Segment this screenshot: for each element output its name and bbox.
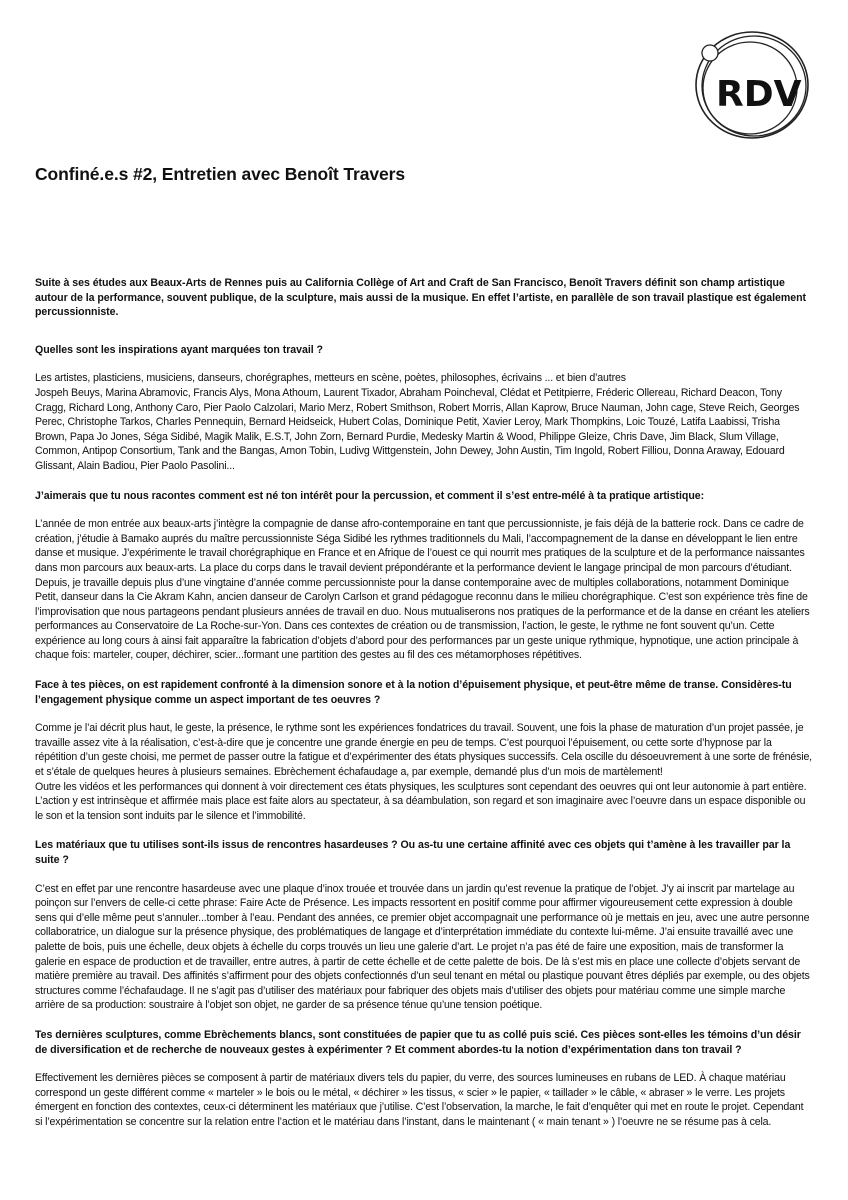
interview-section-3: Face à tes pièces, on est rapidement con… <box>35 678 813 823</box>
question-1: Quelles sont les inspirations ayant marq… <box>35 343 813 358</box>
interview-section-5: Tes dernières sculptures, comme Ebrèchem… <box>35 1028 813 1130</box>
question-2: J’aimerais que tu nous racontes comment … <box>35 489 813 504</box>
article-body: Suite à ses études aux Beaux-Arts de Ren… <box>35 276 813 1130</box>
interview-section-2: J’aimerais que tu nous racontes comment … <box>35 489 813 664</box>
answer-1-paragraph-1: Les artistes, plasticiens, musiciens, da… <box>35 371 813 386</box>
rdv-logo: RDV <box>690 28 820 140</box>
question-4: Les matériaux que tu utilises sont-ils i… <box>35 838 813 867</box>
answer-2-paragraph-1: L’année de mon entrée aux beaux-arts j’i… <box>35 517 813 575</box>
answer-3-paragraph-1: Comme je l’ai décrit plus haut, le geste… <box>35 721 813 779</box>
answer-3-paragraph-2: Outre les vidéos et les performances qui… <box>35 780 813 824</box>
interview-section-1: Quelles sont les inspirations ayant marq… <box>35 343 813 474</box>
answer-1-paragraph-2: Jospeh Beuys, Marina Abramovic, Francis … <box>35 386 813 474</box>
answer-4: C’est en effet par une rencontre hasarde… <box>35 882 813 1013</box>
rdv-logo-icon: RDV <box>690 28 820 140</box>
question-3: Face à tes pièces, on est rapidement con… <box>35 678 813 707</box>
svg-text:RDV: RDV <box>716 74 802 115</box>
answer-3: Comme je l’ai décrit plus haut, le geste… <box>35 721 813 823</box>
answer-5-paragraph-1: Effectivement les dernières pièces se co… <box>35 1071 813 1129</box>
answer-2: L’année de mon entrée aux beaux-arts j’i… <box>35 517 813 663</box>
interview-section-4: Les matériaux que tu utilises sont-ils i… <box>35 838 813 1013</box>
answer-1: Les artistes, plasticiens, musiciens, da… <box>35 371 813 473</box>
page-title: Confiné.e.s #2, Entretien avec Benoît Tr… <box>35 164 405 185</box>
intro-paragraph: Suite à ses études aux Beaux-Arts de Ren… <box>35 276 813 320</box>
answer-2-paragraph-2: Depuis, je travaille depuis plus d’une v… <box>35 576 813 664</box>
question-5: Tes dernières sculptures, comme Ebrèchem… <box>35 1028 813 1057</box>
answer-5: Effectivement les dernières pièces se co… <box>35 1071 813 1129</box>
answer-4-paragraph-1: C’est en effet par une rencontre hasarde… <box>35 882 813 1013</box>
